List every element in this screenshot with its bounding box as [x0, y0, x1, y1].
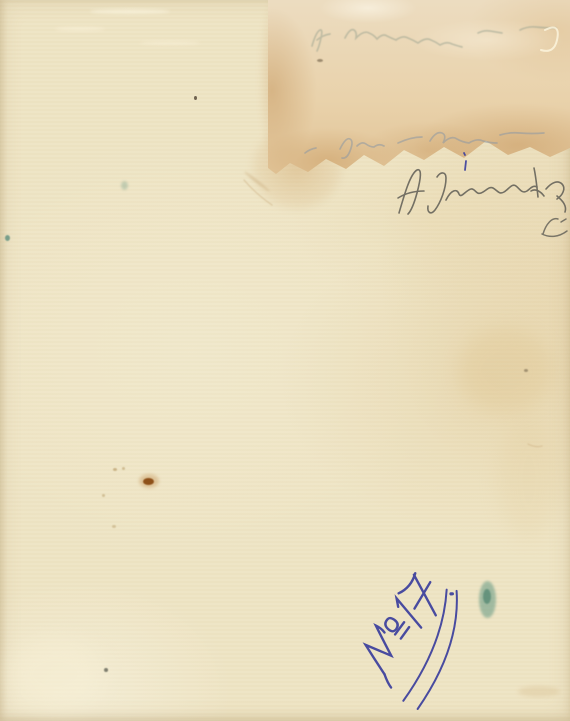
crease-mark-lines	[244, 180, 542, 447]
paper-remnant-patch	[268, 0, 570, 180]
number-no17-inscription	[346, 562, 496, 712]
bottom-smudge	[518, 686, 560, 697]
green-stain-core	[483, 589, 491, 604]
crease-mark	[243, 170, 270, 192]
tan-speck	[102, 494, 105, 497]
dark-speck	[524, 369, 528, 372]
rust-spot-halo	[139, 474, 159, 488]
scuff-white	[55, 27, 105, 31]
green-stain	[479, 581, 496, 618]
tan-speck	[113, 468, 117, 471]
rust-spot	[143, 478, 154, 485]
tan-speck	[122, 467, 125, 470]
scuff-white	[140, 41, 200, 45]
teal-speck	[5, 235, 10, 241]
tan-speck	[112, 525, 116, 528]
dark-speck	[194, 96, 197, 100]
light-patch	[8, 638, 103, 710]
teal-smudge	[121, 181, 128, 190]
dark-speck	[104, 668, 108, 672]
scuff-white	[90, 9, 170, 14]
stain-yellow	[458, 328, 553, 413]
pencil-flourish	[542, 219, 567, 237]
artwork-verso-photo	[0, 0, 570, 721]
signature-jawlensky	[398, 168, 566, 214]
stain-yellow	[498, 420, 560, 540]
